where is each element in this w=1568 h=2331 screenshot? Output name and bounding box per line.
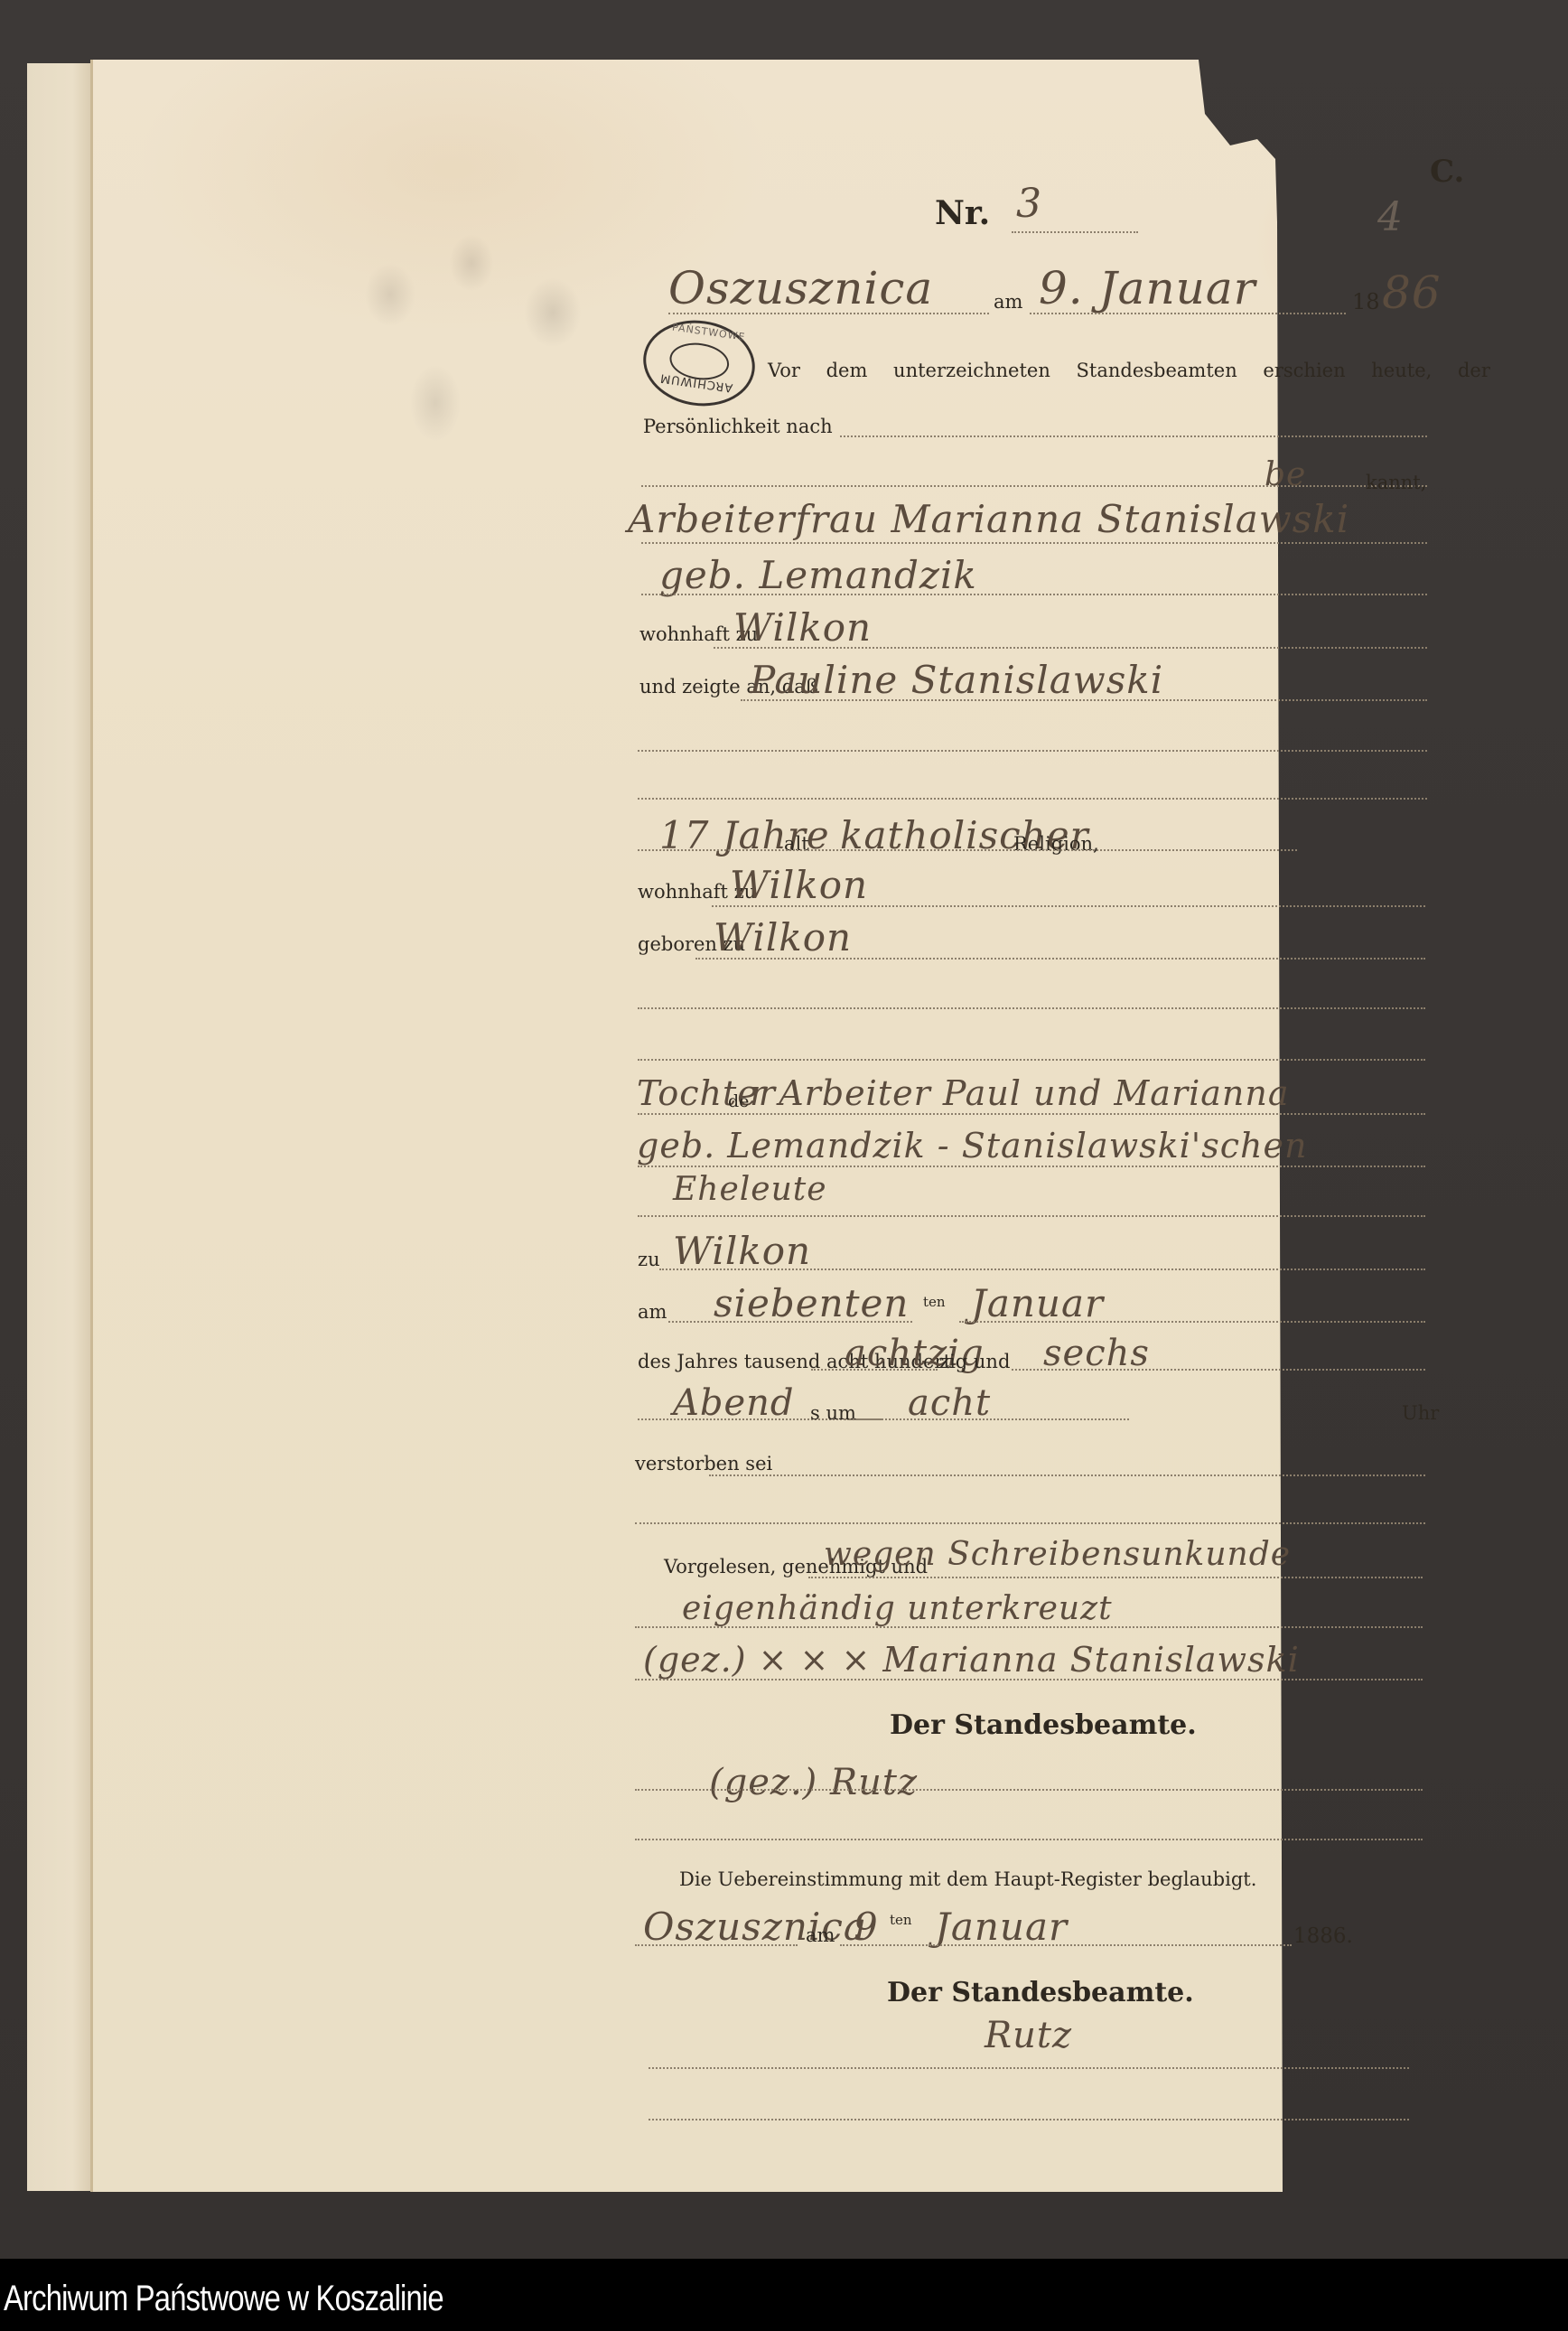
blank-line-1 [641,485,1427,487]
blank-line-3 [638,798,1427,800]
parents-de: de [728,1091,749,1111]
verstorben-label: verstorben sei [635,1453,772,1474]
death-month-line [959,1321,1425,1323]
parents-line3-rule [638,1215,1425,1217]
informant-line2-rule [641,594,1427,595]
persoenlichkeit-line [840,435,1427,437]
nr-value: 3 [1016,181,1042,227]
standesbeamte-heading: Der Standesbeamte. [890,1709,1197,1741]
intro-text: Vor dem unterzeichneten Standesbeamten e… [768,360,1490,381]
am-label-death: am [638,1301,667,1323]
hour-line [845,1418,1129,1420]
parents-line2-rule [638,1165,1425,1167]
wohnhaft2-value: Wilkon [730,863,868,907]
vorgelesen-hand2: eigenhändig unterkreuzt [682,1590,1113,1627]
nr-label: Nr. [935,194,990,232]
series-letter: C. [1430,154,1464,190]
nr-line [1012,231,1138,233]
vorgelesen-hand1: wegen Schreibensunkunde [824,1536,1291,1573]
parents-line1: r Arbeiter Paul und Marianna [750,1073,1290,1113]
religion-label: Religion, [1013,833,1099,855]
deceased-name: Pauline Stanislawski [750,658,1163,702]
geboren-value: Wilkon [714,915,852,960]
blank-line-2 [638,750,1427,752]
wohnhaft2-line [712,905,1425,907]
cert-day: 9 [854,1905,879,1949]
death-month: Januar [971,1281,1104,1325]
blank-line-6 [635,1522,1425,1524]
informant-line2: geb. Lemandzik [659,553,977,597]
left-page-strip [27,63,92,2191]
vorgelesen-line2 [635,1626,1423,1628]
parents-line1-rule [638,1113,1425,1115]
ten-label: ten [923,1294,946,1310]
cert-month-line [840,1944,1292,1946]
geboren-line [695,958,1425,960]
vorgelesen-line1 [808,1577,1423,1578]
cert-month: Januar [935,1905,1068,1949]
informant-line1-rule [641,542,1427,544]
year-suffix: 86 [1382,267,1442,319]
signature-official: (gez.) Rutz [709,1762,918,1803]
am-label: am [994,291,1022,313]
parents-line2: geb. Lemandzik - Stanislawski'schen [637,1126,1307,1165]
page-fold [90,60,93,2192]
signature-informant-line [635,1679,1423,1680]
cert-year: 1886. [1293,1924,1353,1948]
zu-line [659,1268,1425,1270]
cert-ten: ten [890,1912,912,1928]
kannt-label: kannt, [1366,472,1426,493]
place: Oszusznica [668,262,933,314]
place-line [668,313,989,314]
verstorben-line [709,1474,1425,1476]
cert-place-line [635,1944,798,1946]
zu-value: Wilkon [673,1229,811,1273]
uhr-label: Uhr [1402,1402,1439,1424]
certification: Die Uebereinstimmung mit dem Haupt-Regis… [679,1868,1256,1890]
age-religion-line [638,849,1297,851]
informant-line1: Arbeiterfrau Marianna Stanislawski [628,497,1349,541]
blank-line-7 [635,1839,1423,1840]
alt-label: alt [784,833,809,855]
death-day: siebenten [714,1281,909,1325]
s-um-label: s um [810,1402,856,1424]
date-line [1030,313,1346,314]
zu-label: zu [638,1249,660,1270]
year-prefix: 18 [1352,289,1380,314]
blank-line-8 [649,2119,1409,2120]
wohnhaft-line [714,647,1427,649]
signature-official-line [635,1789,1423,1791]
wohnhaft-value: Wilkon [733,605,872,650]
blank-line-4 [638,1007,1425,1009]
cert-am: am [806,1924,835,1946]
zig-label: zig und [939,1351,1010,1372]
signature-final: Rutz [985,2015,1072,2056]
persoenlichkeit-label: Persönlichkeit nach [643,416,833,437]
unit-line [1012,1369,1425,1371]
archive-footer: Archiwum Państwowe w Koszalinie [0,2259,1568,2331]
corner-number: 4 [1377,194,1404,240]
archive-name: Archiwum Państwowe w Koszalinie [4,2279,443,2319]
kannt-hand: be [1265,456,1306,493]
decade-line [811,1369,938,1371]
signature-informant: (gez.) × × × Marianna Stanislawski [643,1640,1300,1680]
blank-line-5 [638,1059,1425,1061]
signature-final-line [649,2067,1409,2069]
death-day-line [668,1321,912,1323]
deceased-line [741,699,1427,701]
parents-line3: Eheleute [673,1171,827,1208]
standesbeamte-heading-2: Der Standesbeamte. [887,1977,1194,2008]
date-day-month: 9. Januar [1039,262,1256,314]
